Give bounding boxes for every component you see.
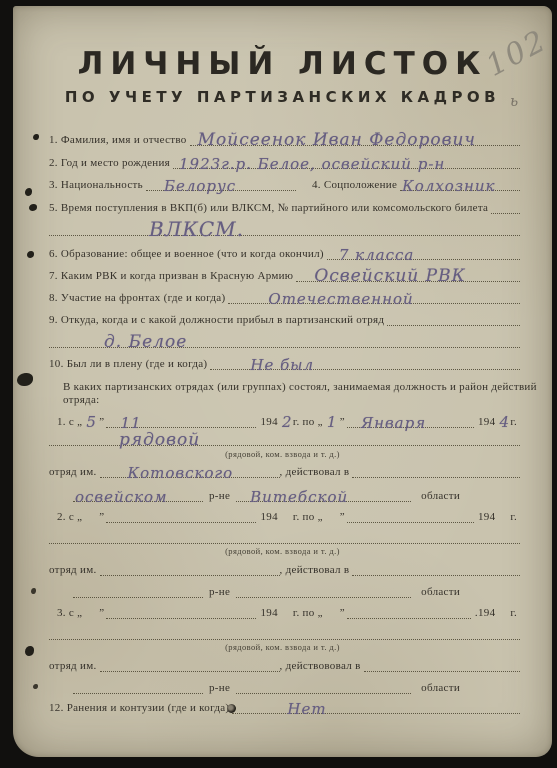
record3-position-row — [49, 624, 520, 640]
item12-handwritten-value: Нет — [287, 702, 326, 717]
item12-line: Нет — [232, 698, 520, 714]
ink-blot — [25, 188, 32, 196]
form-line-2: 2. Год и место рождения 1923г.р. Белое, … — [49, 153, 520, 169]
item5-line: ВЛКСМ. — [49, 220, 520, 236]
record2-oblast-label: области — [411, 586, 463, 598]
item10-handwritten-value: Не был — [250, 358, 314, 373]
record3-otryad-row: отряд им. , действововал в — [49, 656, 520, 672]
record2-index: 2. — [49, 511, 69, 523]
item7-handwritten-value: Освейский РВК — [314, 268, 465, 285]
record2-district-line — [73, 582, 203, 598]
item6-handwritten-value: 7 класса — [339, 248, 415, 263]
item3-line: Белорус — [146, 175, 296, 191]
item6-label: 6. Образование: общее и военное (что и к… — [49, 248, 327, 260]
record2-to-quote: ” — [338, 511, 347, 523]
record1-mid-label: г. по „ — [293, 416, 326, 428]
ink-blot — [33, 684, 38, 689]
item12-label: 12. Ранения и контузии (где и когда) — [49, 702, 232, 714]
form-line-3-4: 3. Национальность Белорус 4. Соцположени… — [49, 175, 520, 191]
record1-position-hw: рядовой — [119, 432, 200, 449]
record2-from-quote: ” — [97, 511, 106, 523]
record1-to-day-hw: 1 — [326, 415, 338, 430]
item3-label: 3. Национальность — [49, 179, 146, 191]
record1-otryad-label: отряд им. — [49, 466, 100, 478]
record1-to-month-hw: Января — [361, 416, 426, 431]
record2-position-row — [49, 528, 520, 544]
record1-from-month-hw: 11 — [120, 416, 141, 431]
record3-from-label: с „ — [69, 607, 85, 619]
record1-to-month-line: Января — [347, 412, 474, 428]
record2-year2-prefix: 194 — [474, 511, 498, 523]
ink-blot — [29, 204, 37, 211]
item10-label: 10. Был ли в плену (где и когда) — [49, 358, 210, 370]
record1-position-line: рядовой — [49, 430, 520, 446]
item7-line: Освейский РВК — [296, 266, 520, 282]
record1-district-line: освейском — [73, 486, 203, 502]
record1-year2-suffix: г. — [510, 416, 520, 428]
item9-line-trail — [387, 310, 520, 326]
record3-position-hint: (рядовой, ком. взвода и т. д.) — [13, 642, 552, 652]
item3-handwritten-value: Белорус — [164, 179, 236, 194]
record1-from-month-line: 11 — [106, 412, 256, 428]
record2-position-hint: (рядовой, ком. взвода и т. д.) — [13, 546, 552, 556]
item2-line: 1923г.р. Белое, освейский р-н — [173, 153, 520, 169]
item9-line: д. Белое — [49, 332, 520, 348]
form-line-9: 9. Откуда, когда и с какой должности при… — [49, 310, 520, 326]
record1-acted-label: , действовал в — [280, 466, 353, 478]
item1-handwritten-value: Мойсеенок Иван Федорович — [198, 132, 476, 149]
item8-label: 8. Участие на фронтах (где и когда) — [49, 292, 228, 304]
record1-index: 1. — [49, 416, 69, 428]
item1-label: 1. Фамилия, имя и отчество — [49, 134, 190, 146]
item8-handwritten-value: Отечественной — [268, 292, 413, 307]
record3-year2-suffix: г. — [510, 607, 520, 619]
form-line-6: 6. Образование: общее и военное (что и к… — [49, 244, 520, 260]
record2-year2-suffix: г. — [510, 511, 520, 523]
record3-otryad-line — [100, 656, 280, 672]
record1-from-quote: ” — [97, 416, 106, 428]
record2-dates-row: 2. с „ ” 194 г. по „ ” 194 г. — [49, 507, 520, 523]
form-line-9-value: д. Белое — [49, 332, 520, 348]
record1-from-label: с „ — [69, 416, 85, 428]
record1-to-quote: ” — [338, 416, 347, 428]
form-line-7: 7. Каким РВК и когда призван в Красную А… — [49, 266, 520, 282]
record2-acted-line — [352, 560, 520, 576]
record1-district-row: освейском р-не Витебской области — [73, 486, 520, 502]
record1-oblast-line: Витебской — [236, 486, 411, 502]
form-line-8: 8. Участие на фронтах (где и когда) Отеч… — [49, 288, 520, 304]
record2-to-month-line — [347, 507, 474, 523]
record1-position-hint: (рядовой, ком. взвода и т. д.) — [13, 449, 552, 459]
record3-index: 3. — [49, 607, 69, 619]
record2-from-label: с „ — [69, 511, 85, 523]
item2-handwritten-value: 1923г.р. Белое, освейский р-н — [179, 157, 445, 172]
form-line-5-value: ВЛКСМ. — [49, 220, 520, 236]
record2-otryad-row: отряд им. , действовал в — [49, 560, 520, 576]
record1-year2-prefix: 194 — [474, 416, 498, 428]
form-line-12: 12. Ранения и контузии (где и когда) Нет — [49, 698, 520, 714]
record3-acted-line — [364, 656, 520, 672]
item11-label-line2: отряда: — [49, 394, 103, 406]
form-line-10: 10. Был ли в плену (где и когда) Не был — [49, 354, 520, 370]
record1-oblast-label: области — [411, 490, 463, 502]
record2-district-row: р-не области — [73, 582, 520, 598]
document-title: ЛИЧНЫЙ ЛИСТОК — [13, 46, 552, 82]
record1-district-hw: освейском — [75, 490, 168, 505]
item9-handwritten-value: д. Белое — [104, 334, 187, 351]
ink-blot — [17, 373, 33, 386]
item4-handwritten-value: Колхозник — [402, 179, 495, 194]
item5-line-trail — [491, 198, 520, 214]
record1-year1-prefix: 194 — [256, 416, 280, 428]
document-subtitle: ПО УЧЕТУ ПАРТИЗАНСКИХ КАДРОВ — [13, 88, 552, 106]
record3-district-row: р-не области — [73, 678, 520, 694]
record3-mid-label: г. по „ — [293, 607, 326, 619]
record2-rne-label: р-не — [203, 586, 236, 598]
record3-year2-prefix: .194 — [471, 607, 498, 619]
record1-dates-row: 1. с „ 5 ” 11 194 2 г. по „ 1 ” Января 1… — [49, 412, 520, 428]
record1-otryad-hw: Котовского — [128, 466, 234, 481]
record3-to-month-line — [347, 603, 471, 619]
item5-label: 5. Время поступления в ВКП(б) или ВЛКСМ,… — [49, 202, 491, 214]
record3-acted-label: , действововал в — [280, 660, 364, 672]
ink-blot — [31, 588, 36, 594]
subtitle-handwritten-mark: ь — [510, 92, 518, 110]
item4-line: Колхозник — [400, 175, 520, 191]
record3-oblast-label: области — [411, 682, 463, 694]
form-line-1: 1. Фамилия, имя и отчество Мойсеенок Ива… — [49, 130, 520, 146]
record1-oblast-hw: Витебской — [250, 490, 348, 505]
record2-position-line — [49, 528, 520, 544]
form-line-5: 5. Время поступления в ВКП(б) или ВЛКСМ,… — [49, 198, 520, 214]
item6-line: 7 класса — [327, 244, 520, 260]
record1-position-row: рядовой — [49, 430, 520, 446]
record1-year2-hw: 4 — [498, 415, 510, 430]
record3-otryad-label: отряд им. — [49, 660, 100, 672]
record2-otryad-label: отряд им. — [49, 564, 100, 576]
record3-district-line — [73, 678, 203, 694]
ink-blot — [33, 134, 39, 140]
record3-to-quote: ” — [338, 607, 347, 619]
record2-from-month-line — [106, 507, 256, 523]
record1-acted-line — [352, 462, 520, 478]
item5-handwritten-value: ВЛКСМ. — [149, 219, 244, 239]
record2-acted-label: , действовал в — [280, 564, 353, 576]
record2-otryad-line — [100, 560, 280, 576]
record2-mid-label: г. по „ — [293, 511, 326, 523]
item1-line: Мойсеенок Иван Федорович — [190, 130, 520, 146]
item4-label: 4. Соцположение — [296, 179, 400, 191]
record1-otryad-line: Котовского — [100, 462, 280, 478]
record3-year1-prefix: 194 — [256, 607, 280, 619]
record3-rne-label: р-не — [203, 682, 236, 694]
ink-blot — [227, 704, 236, 713]
record1-from-day-hw: 5 — [85, 415, 97, 430]
form-line-11b: отряда: — [49, 390, 520, 406]
item8-line: Отечественной — [228, 288, 520, 304]
record3-position-line — [49, 624, 520, 640]
record1-year1-hw: 2 — [281, 415, 293, 430]
record2-oblast-line — [236, 582, 411, 598]
ink-blot — [27, 251, 34, 258]
record3-from-quote: ” — [97, 607, 106, 619]
record1-otryad-row: отряд им. Котовского , действовал в — [49, 462, 520, 478]
item2-label: 2. Год и место рождения — [49, 157, 173, 169]
item9-label: 9. Откуда, когда и с какой должности при… — [49, 314, 387, 326]
record3-oblast-line — [236, 678, 411, 694]
record3-dates-row: 3. с „ ” 194 г. по „ ” .194 г. — [49, 603, 520, 619]
document-paper: 102 ЛИЧНЫЙ ЛИСТОК ПО УЧЕТУ ПАРТИЗАНСКИХ … — [13, 6, 552, 757]
ink-blot — [25, 646, 34, 656]
item10-line: Не был — [210, 354, 520, 370]
record1-rne-label: р-не — [203, 490, 236, 502]
record3-from-month-line — [106, 603, 256, 619]
item7-label: 7. Каким РВК и когда призван в Красную А… — [49, 270, 296, 282]
record2-year1-prefix: 194 — [256, 511, 280, 523]
